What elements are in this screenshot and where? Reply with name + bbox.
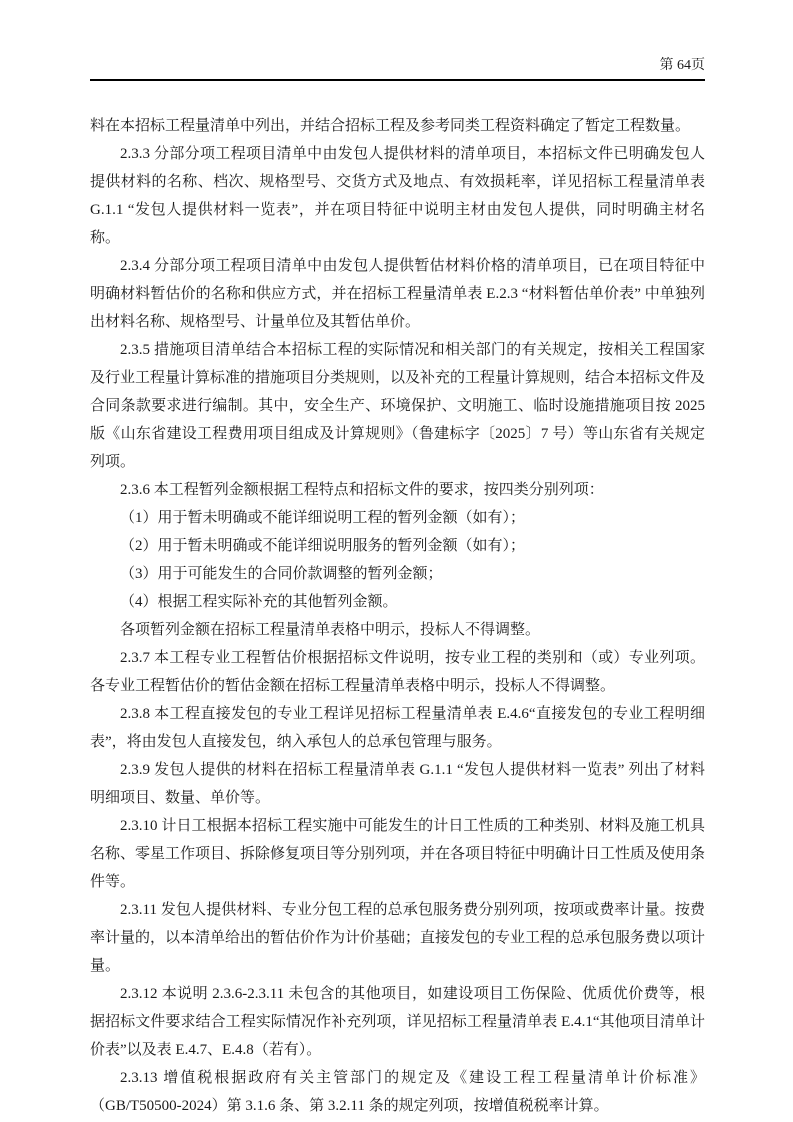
paragraph-2-3-11: 2.3.11 发包人提供材料、专业分包工程的总承包服务费分别列项，按项或费率计量… (90, 896, 705, 980)
document-page: 第 64页 料在本招标工程量清单中列出，并结合招标工程及参考同类工程资料确定了暂… (0, 0, 793, 1122)
header-divider-line (90, 79, 705, 81)
list-item-1: （1）用于暂未明确或不能详细说明工程的暂列金额（如有）； (90, 504, 705, 532)
paragraph-2-3-10: 2.3.10 计日工根据本招标工程实施中可能发生的计日工性质的工种类别、材料及施… (90, 812, 705, 896)
paragraph-2-3-6-note: 各项暂列金额在招标工程量清单表格中明示，投标人不得调整。 (90, 616, 705, 644)
document-body: 料在本招标工程量清单中列出，并结合招标工程及参考同类工程资料确定了暂定工程数量。… (90, 112, 705, 1120)
paragraph-2-3-3: 2.3.3 分部分项工程项目清单中由发包人提供材料的清单项目，本招标文件已明确发… (90, 140, 705, 252)
paragraph-2-3-9: 2.3.9 发包人提供的材料在招标工程量清单表 G.1.1 “发包人提供材料一览… (90, 756, 705, 812)
list-item-4: （4）根据工程实际补充的其他暂列金额。 (90, 588, 705, 616)
paragraph-2-3-7: 2.3.7 本工程专业工程暂估价根据招标文件说明，按专业工程的类别和（或）专业列… (90, 644, 705, 700)
paragraph-2-3-8: 2.3.8 本工程直接发包的专业工程详见招标工程量清单表 E.4.6“直接发包的… (90, 700, 705, 756)
page-header: 第 64页 (90, 56, 705, 76)
paragraph-continuation: 料在本招标工程量清单中列出，并结合招标工程及参考同类工程资料确定了暂定工程数量。 (90, 112, 705, 140)
paragraph-2-3-6: 2.3.6 本工程暂列金额根据工程特点和招标文件的要求，按四类分别列项： (90, 476, 705, 504)
paragraph-2-3-5: 2.3.5 措施项目清单结合本招标工程的实际情况和相关部门的有关规定，按相关工程… (90, 336, 705, 476)
list-item-3: （3）用于可能发生的合同价款调整的暂列金额； (90, 560, 705, 588)
paragraph-2-3-4: 2.3.4 分部分项工程项目清单中由发包人提供暂估材料价格的清单项目，已在项目特… (90, 252, 705, 336)
list-item-2: （2）用于暂未明确或不能详细说明服务的暂列金额（如有）； (90, 532, 705, 560)
paragraph-2-3-12: 2.3.12 本说明 2.3.6-2.3.11 未包含的其他项目，如建设项目工伤… (90, 980, 705, 1064)
paragraph-2-3-13: 2.3.13 增值税根据政府有关主管部门的规定及《建设工程工程量清单计价标准》（… (90, 1064, 705, 1120)
page-number: 第 64页 (660, 58, 706, 73)
